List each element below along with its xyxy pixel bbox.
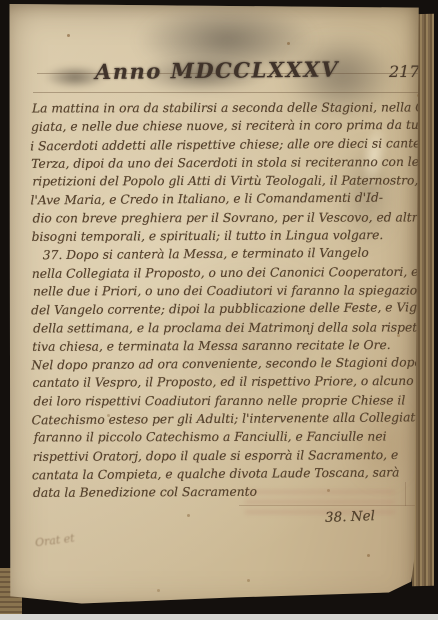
handwritten-line: ripetizioni del Popolo gli Atti di Virtù…: [32, 172, 372, 191]
handwritten-line: rispettivi Oratorj, dopo il quale si esp…: [33, 446, 373, 466]
folio-number: 217: [389, 62, 420, 81]
handwritten-line-paragraph-37: 37. Dopo si canterà la Messa, e terminat…: [31, 244, 371, 265]
ruled-line-footer: [239, 505, 425, 506]
handwritten-line: La mattina in ora da stabilirsi a second…: [32, 99, 372, 118]
handwritten-line: giata, e nelle due chiese nuove, si reci…: [31, 116, 371, 136]
marginal-annotation: Orat et: [34, 532, 75, 550]
handwritten-line: cantata la Compieta, e qualche divota La…: [32, 464, 372, 485]
ruled-line-footer-vertical: [405, 482, 406, 506]
handwritten-line: del Vangelo corrente; dipoi la pubblicaz…: [31, 299, 371, 320]
handwritten-line: nelle due i Priori, o uno dei Coadiutori…: [33, 282, 373, 301]
handwritten-line: l'Ave Maria, e Credo in Italiano, e li C…: [30, 189, 370, 210]
handwritten-line: faranno il piccolo Catechismo a Fanciull…: [34, 428, 374, 447]
manuscript-scan: Anno MDCCLXXXV 217 La mattina in ora da …: [0, 0, 438, 620]
handwritten-line: dei loro rispettivi Coadiutori faranno n…: [34, 391, 374, 410]
scanner-background-strip: [0, 614, 438, 620]
handwritten-line: della settimana, e la proclama dei Matri…: [33, 318, 373, 337]
year-title: Anno MDCCLXXXV: [95, 57, 305, 84]
handwritten-line: data la Benedizione col Sacramento: [33, 482, 373, 502]
handwritten-line: Nel dopo pranzo ad ora conveniente, seco…: [31, 354, 371, 375]
handwritten-text-block: La mattina in ora da stabilirsi a second…: [31, 98, 373, 502]
handwritten-line: dio con breve preghiera per il Sovrano, …: [33, 208, 373, 227]
handwritten-line: nella Collegiata il Proposto, o uno dei …: [32, 263, 372, 283]
handwritten-line: cantato il Vespro, il Proposto, ed il ri…: [32, 373, 372, 393]
foxing-spots: [67, 34, 70, 37]
ruled-line-header: [33, 92, 425, 93]
catchword: 38. Nel: [325, 508, 375, 526]
handwritten-line: Terza, dipoi da uno dei Sacerdoti in sto…: [31, 153, 371, 173]
handwritten-line: Catechismo esteso per gli Adulti; l'inte…: [32, 409, 372, 430]
handwritten-line: tiva chiesa, e terminata la Messa sarann…: [32, 336, 372, 356]
handwritten-line: i Sacerdoti addetti alle rispettive chie…: [30, 134, 370, 155]
page-header: Anno MDCCLXXXV 217: [7, 56, 438, 92]
manuscript-page: Anno MDCCLXXXV 217 La mattina in ora da …: [7, 4, 422, 612]
